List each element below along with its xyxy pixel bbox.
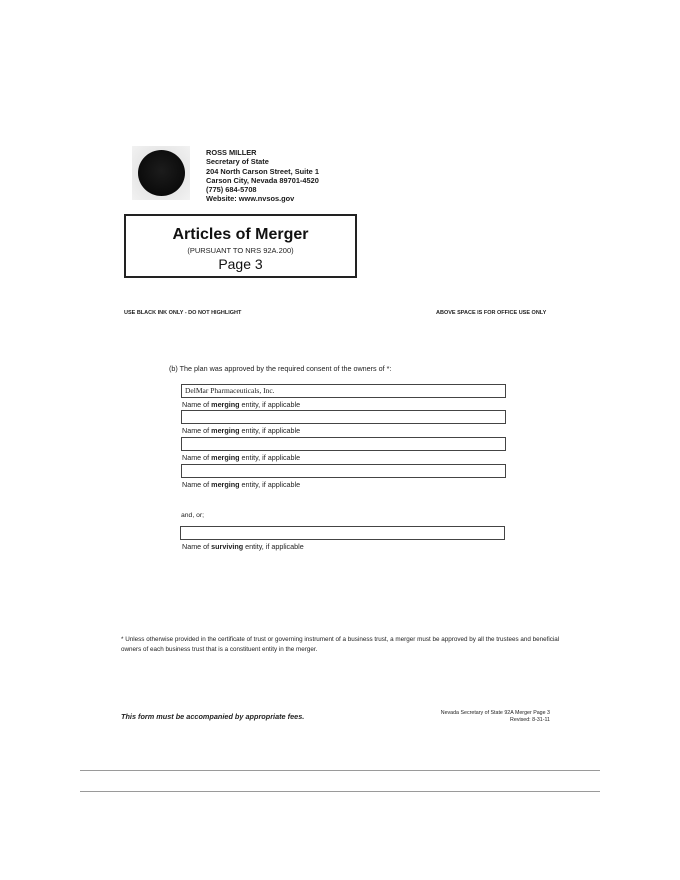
label-prefix: Name of [182, 426, 211, 435]
label-prefix: Name of [182, 542, 211, 551]
form-title: Articles of Merger [124, 226, 357, 244]
street-address: 204 North Carson Street, Suite 1 [206, 167, 319, 176]
merging-entity-label: Name of merging entity, if applicable [182, 426, 300, 435]
merging-entity-label: Name of merging entity, if applicable [182, 400, 300, 409]
label-bold: merging [211, 426, 239, 435]
label-bold: merging [211, 453, 239, 462]
label-prefix: Name of [182, 480, 211, 489]
label-suffix: entity, if applicable [240, 453, 301, 462]
ink-instruction: USE BLACK INK ONLY - DO NOT HIGHLIGHT [124, 310, 241, 316]
form-revision-info: Nevada Secretary of State 92A Merger Pag… [420, 710, 550, 723]
plan-approval-text: (b) The plan was approved by the require… [169, 364, 391, 373]
merging-entity-field-4[interactable] [181, 464, 506, 478]
label-suffix: entity, if applicable [240, 400, 301, 409]
merging-entity-label: Name of merging entity, if applicable [182, 453, 300, 462]
form-page-number: Page 3 [124, 256, 357, 272]
label-prefix: Name of [182, 400, 211, 409]
revised-date: Revised: 8-31-11 [420, 717, 550, 724]
label-suffix: entity, if applicable [243, 542, 304, 551]
merging-entity-field-1[interactable]: DelMar Pharmaceuticals, Inc. [181, 384, 506, 398]
merging-entity-label: Name of merging entity, if applicable [182, 480, 300, 489]
label-bold: merging [211, 480, 239, 489]
divider-line [80, 791, 600, 792]
label-bold: surviving [211, 542, 243, 551]
website: Website: www.nvsos.gov [206, 194, 319, 203]
label-prefix: Name of [182, 453, 211, 462]
phone-number: (775) 684-5708 [206, 185, 319, 194]
secretary-name: ROSS MILLER [206, 148, 319, 157]
office-use-note: ABOVE SPACE IS FOR OFFICE USE ONLY [436, 310, 546, 316]
divider-line [80, 770, 600, 771]
merging-entity-field-3[interactable] [181, 437, 506, 451]
trust-approval-footnote: * Unless otherwise provided in the certi… [121, 635, 561, 655]
merging-entity-field-2[interactable] [181, 410, 506, 424]
secretary-address-block: ROSS MILLER Secretary of State 204 North… [206, 148, 319, 204]
surviving-entity-label: Name of surviving entity, if applicable [182, 542, 304, 551]
form-subtitle: (PURSUANT TO NRS 92A.200) [124, 246, 357, 255]
label-suffix: entity, if applicable [240, 426, 301, 435]
fees-note: This form must be accompanied by appropr… [121, 712, 304, 721]
label-bold: merging [211, 400, 239, 409]
city-state-zip: Carson City, Nevada 89701-4520 [206, 176, 319, 185]
surviving-entity-field[interactable] [180, 526, 505, 540]
state-seal-icon [138, 150, 185, 196]
secretary-title: Secretary of State [206, 157, 319, 166]
and-or-text: and, or; [181, 512, 204, 519]
label-suffix: entity, if applicable [240, 480, 301, 489]
